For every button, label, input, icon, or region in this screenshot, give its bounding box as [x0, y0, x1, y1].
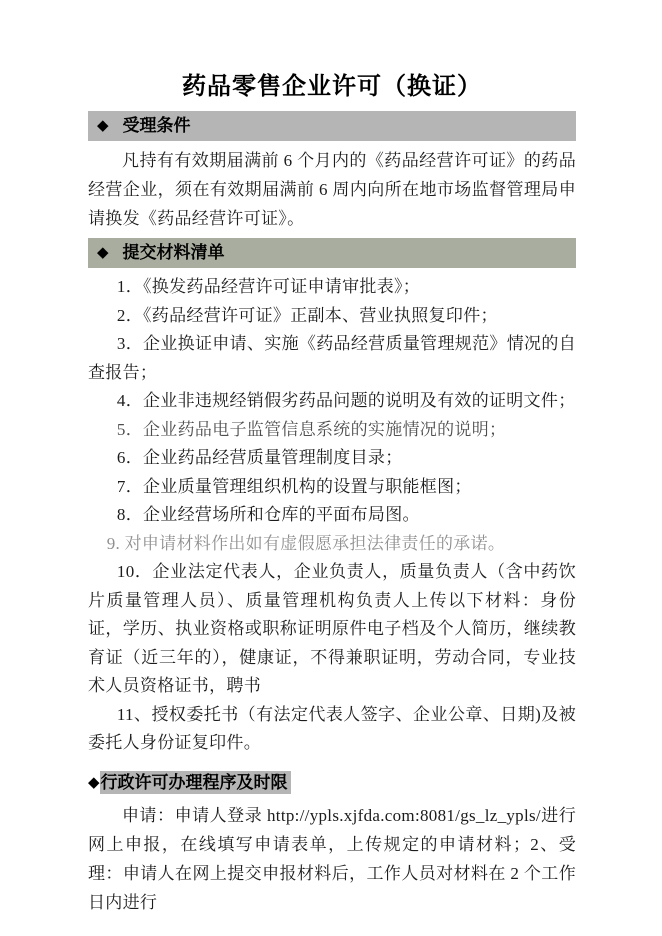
- section-header-label: 行政许可办理程序及时限: [100, 771, 291, 794]
- section-header-acceptance-conditions: ◆受理条件: [88, 111, 576, 141]
- section-header-materials-list: ◆提交材料清单: [88, 238, 576, 268]
- material-item-4: 4．企业非违规经销假劣药品问题的说明及有效的证明文件；: [88, 387, 576, 416]
- material-item-10: 10．企业法定代表人，企业负责人，质量负责人（含中药饮片质量管理人员）、质量管理…: [88, 558, 576, 701]
- document-page: 药品零售企业许可（换证） ◆受理条件 凡持有有效期届满前 6 个月内的《药品经营…: [0, 0, 662, 936]
- material-item-9: 9. 对申请材料作出如有虚假愿承担法律责任的承诺。: [88, 530, 576, 559]
- materials-list: 1．《换发药品经营许可证申请审批表》； 2．《药品经营许可证》正副本、营业执照复…: [88, 273, 576, 758]
- material-item-7: 7．企业质量管理组织机构的设置与职能框图；: [88, 473, 576, 502]
- section-header-label: 受理条件: [123, 116, 191, 135]
- procedure-paragraph: 申请：申请人登录 http://ypls.xjfda.com:8081/gs_l…: [88, 801, 576, 917]
- material-item-1: 1．《换发药品经营许可证申请审批表》；: [88, 273, 576, 302]
- material-item-3: 3．企业换证申请、实施《药品经营质量管理规范》情况的自查报告；: [88, 330, 576, 387]
- section-header-procedure-and-time-limit: ◆行政许可办理程序及时限: [88, 770, 576, 796]
- material-item-8: 8．企业经营场所和仓库的平面布局图。: [88, 501, 576, 530]
- material-item-6: 6．企业药品经营质量管理制度目录；: [88, 444, 576, 473]
- material-item-5: 5．企业药品电子监管信息系统的实施情况的说明；: [88, 416, 576, 445]
- document-title: 药品零售企业许可（换证）: [88, 72, 576, 102]
- material-item-2: 2．《药品经营许可证》正副本、营业执照复印件；: [88, 302, 576, 331]
- material-item-11: 11、授权委托书（有法定代表人签字、企业公章、日期)及被委托人身份证复印件。: [88, 701, 576, 758]
- section-header-label: 提交材料清单: [123, 243, 225, 262]
- diamond-bullet-icon: ◆: [97, 117, 109, 134]
- diamond-bullet-icon: ◆: [97, 244, 109, 261]
- acceptance-conditions-paragraph: 凡持有有效期届满前 6 个月内的《药品经营许可证》的药品经营企业，须在有效期届满…: [88, 146, 576, 233]
- diamond-bullet-icon: ◆: [88, 774, 100, 791]
